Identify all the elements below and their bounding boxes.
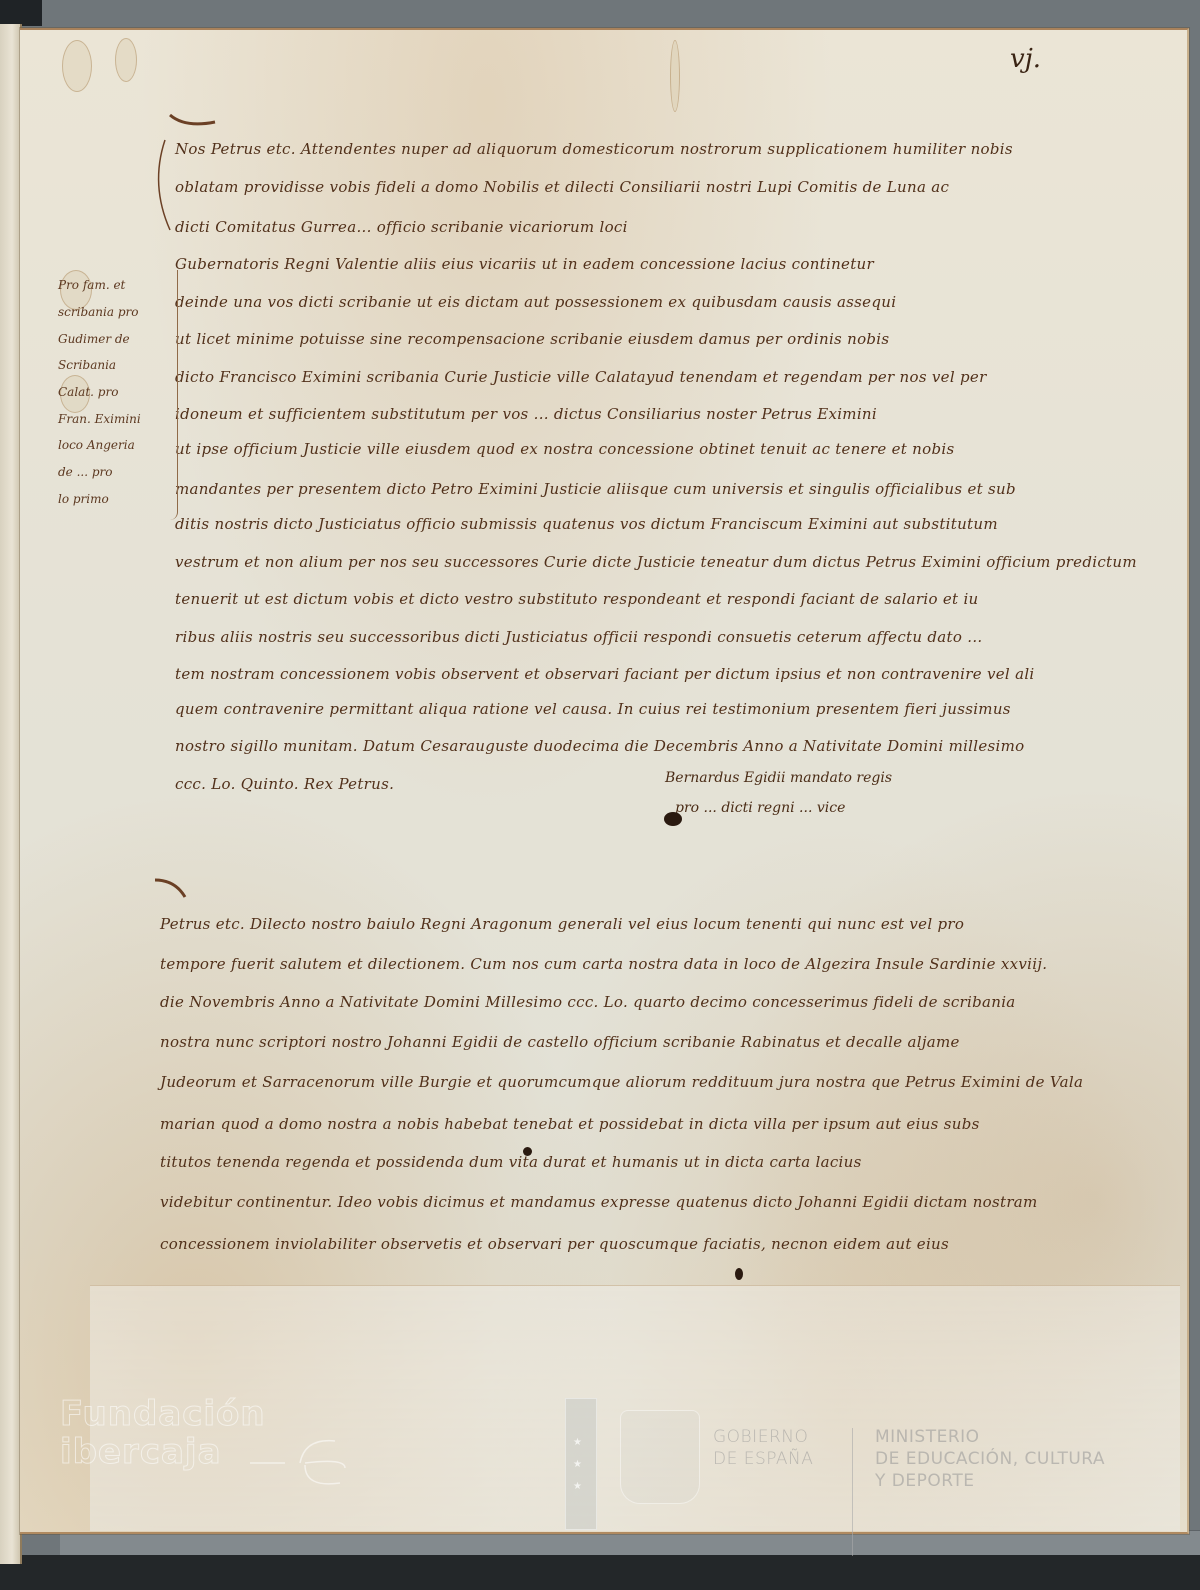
text-line: videbitur continentur. Ideo vobis dicimu… xyxy=(160,1193,1038,1211)
margin-line: Gudimer de xyxy=(58,332,130,346)
ibercaja-logo-icon xyxy=(245,1433,365,1493)
watermark-line: GOBIERNO xyxy=(713,1426,813,1448)
spain-flag-bar-icon: ★ ★ ★ xyxy=(565,1398,597,1530)
text-line: mandantes per presentem dicto Petro Exim… xyxy=(175,480,1016,498)
star-icon: ★ xyxy=(573,1481,582,1492)
text-line: ribus aliis nostris seu successoribus di… xyxy=(175,628,982,646)
folio-number: vj. xyxy=(1010,44,1041,74)
text-line: oblatam providisse vobis fideli a domo N… xyxy=(175,178,949,196)
watermark-line: DE ESPAÑA xyxy=(713,1448,813,1470)
text-line: quem contravenire permittant aliqua rati… xyxy=(175,700,1011,718)
text-line: titutos tenenda regenda et possidenda du… xyxy=(160,1153,862,1171)
coat-of-arms-icon xyxy=(620,1410,700,1504)
text-line: tem nostram concessionem vobis observent… xyxy=(175,665,1035,683)
watermark-line: DE EDUCACIÓN, CULTURA xyxy=(875,1448,1105,1470)
text-line: Petrus etc. Dilecto nostro baiulo Regni … xyxy=(160,915,964,933)
margin-line: Calat. pro xyxy=(58,385,118,399)
text-line: tenuerit ut est dictum vobis et dicto ve… xyxy=(175,590,979,608)
signature-line: pro ... dicti regni ... vice xyxy=(675,800,845,816)
margin-line: lo primo xyxy=(58,492,109,506)
text-line: die Novembris Anno a Nativitate Domini M… xyxy=(160,993,1016,1011)
text-line: nostra nunc scriptori nostro Johanni Egi… xyxy=(160,1033,960,1051)
margin-line: loco Angeria xyxy=(58,438,135,452)
margin-line: scribania pro xyxy=(58,305,138,319)
dark-backdrop-corner xyxy=(0,0,42,26)
fundacion-ibercaja-watermark: Fundación ibercaja xyxy=(60,1395,266,1471)
ink-blot xyxy=(735,1268,743,1280)
ink-blot xyxy=(664,812,682,826)
text-line: nostro sigillo munitam. Datum Cesaraugus… xyxy=(175,737,1025,755)
text-line: marian quod a domo nostra a nobis habeba… xyxy=(160,1115,980,1133)
water-stain xyxy=(62,40,92,92)
text-line: idoneum et sufficientem substitutum per … xyxy=(175,405,877,423)
dark-backdrop-bottom xyxy=(0,1555,1200,1590)
text-line: ut licet minime potuisse sine recompensa… xyxy=(175,330,889,348)
margin-line: Fran. Eximini xyxy=(58,412,141,426)
watermark-line: Fundación xyxy=(60,1395,266,1433)
paragraph-flourish-icon xyxy=(165,110,225,130)
binding-edge xyxy=(0,24,22,1564)
text-line: dicto Francisco Eximini scribania Curie … xyxy=(175,368,987,386)
text-line: concessionem inviolabiliter observetis e… xyxy=(160,1235,949,1253)
bracket-mark-icon xyxy=(145,135,175,235)
margin-line: de ... pro xyxy=(58,465,113,479)
signature-line: Bernardus Egidii mandato regis xyxy=(665,770,892,786)
text-line: deinde una vos dicti scribanie ut eis di… xyxy=(175,293,896,311)
watermark-line: ibercaja xyxy=(60,1433,266,1471)
text-line: ut ipse officium Justicie ville eiusdem … xyxy=(175,440,954,458)
gobierno-text: GOBIERNO DE ESPAÑA xyxy=(713,1426,813,1470)
water-stain xyxy=(115,38,137,82)
paragraph-flourish-icon xyxy=(150,875,210,905)
watermark-line: Y DEPORTE xyxy=(875,1470,1105,1492)
star-icon: ★ xyxy=(573,1459,582,1470)
watermark-line: MINISTERIO xyxy=(875,1426,1105,1448)
margin-line: Scribania xyxy=(58,358,116,372)
text-line: Judeorum et Sarracenorum ville Burgie et… xyxy=(160,1073,1083,1091)
text-line: ccc. Lo. Quinto. Rex Petrus. xyxy=(175,775,394,793)
text-line: Gubernatoris Regni Valentie aliis eius v… xyxy=(175,255,874,273)
text-line: tempore fuerit salutem et dilectionem. C… xyxy=(160,955,1047,973)
text-line: dicti Comitatus Gurrea... officio scriba… xyxy=(175,218,628,236)
marginal-note: Pro fam. et scribania pro Gudimer de Scr… xyxy=(52,270,178,520)
gobierno-espana-watermark: ★ ★ ★ GOBIERNO DE ESPAÑA MINISTERIO DE E… xyxy=(565,1398,1155,1528)
ministerio-text: MINISTERIO DE EDUCACIÓN, CULTURA Y DEPOR… xyxy=(875,1426,1105,1492)
margin-line: Pro fam. et xyxy=(58,278,125,292)
star-icon: ★ xyxy=(573,1437,582,1448)
text-line: ditis nostris dicto Justiciatus officio … xyxy=(175,515,998,533)
text-line: Nos Petrus etc. Attendentes nuper ad ali… xyxy=(175,140,1013,158)
watermark-divider xyxy=(852,1428,853,1556)
text-line: vestrum et non alium per nos seu success… xyxy=(175,553,1137,571)
water-stain xyxy=(670,40,680,112)
